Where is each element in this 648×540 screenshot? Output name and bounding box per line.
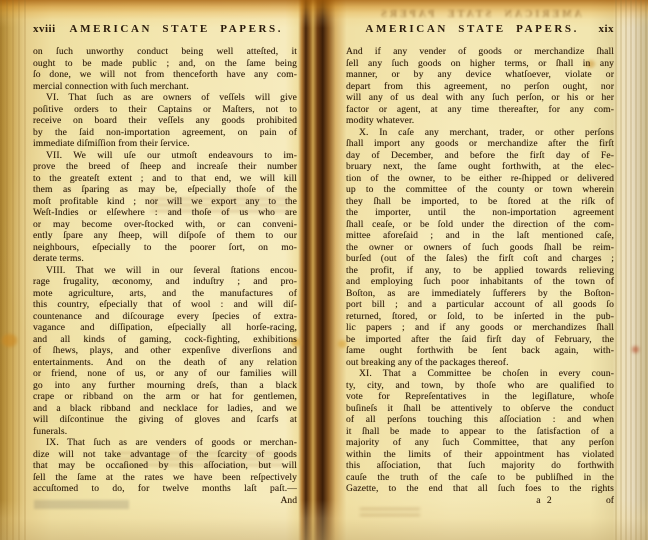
paragraph: X. In caſe any merchant, trader, or othe…: [346, 127, 614, 369]
text-line: mittee aforeſaid ; and in the laſt menti…: [346, 230, 614, 242]
text-line: will any of us deal with any ſuch perſon…: [346, 92, 614, 104]
text-line: it ſhall be made to appear to the ſatisf…: [346, 426, 614, 438]
text-line: will diſcontinue the giving of gloves an…: [33, 414, 297, 426]
text-line: vote for Repreſentatives in the legiſlat…: [346, 391, 614, 403]
text-line: this aſſociation, that ſuch majority do …: [346, 460, 614, 472]
text-line: tion of the owner, to be either re-ſhipp…: [346, 173, 614, 185]
signature-mark: a 2: [536, 495, 553, 507]
text-line: that may be occaſioned by this aſſociati…: [33, 460, 297, 472]
text-line: and employing ſuch poor inhabitants of t…: [346, 276, 614, 288]
text-line: on ſuch unworthy conduct being well atte…: [33, 46, 297, 58]
text-line: Weſt-Indies or elſewhere : and thoſe of …: [33, 207, 297, 219]
text-line: factor or agent, at any time thereafter,…: [346, 104, 614, 116]
left-page: xviii AMERICAN STATE PAPERS. on ſuch unw…: [33, 22, 297, 506]
left-page-header: xviii AMERICAN STATE PAPERS.: [33, 22, 297, 36]
paragraph: VII. We will uſe our utmoſt endeavours t…: [33, 150, 297, 265]
paragraph: IX. That ſuch as are venders of goods or…: [33, 437, 297, 495]
right-folio-number: xix: [598, 22, 614, 36]
right-page-header: AMERICAN STATE PAPERS. xix: [346, 22, 614, 36]
text-line: funerals.: [33, 426, 297, 438]
text-line: accuſtomed to do, for twelve months laſt…: [33, 483, 297, 495]
text-line: cauſe the truth of the caſe to be publiſ…: [346, 472, 614, 484]
left-page-edge: [0, 0, 30, 540]
text-line: poſitive orders to their Captains or Maſ…: [33, 104, 297, 116]
text-line: countenance and diſcourage every ſpecies…: [33, 311, 297, 323]
text-line: lic papers ; and if any goods or merchan…: [346, 322, 614, 334]
text-line: bruary next, the ſame ought forthwith, a…: [346, 161, 614, 173]
right-running-title: AMERICAN STATE PAPERS.: [346, 22, 598, 36]
text-line: within the limits of their appointment h…: [346, 449, 614, 461]
text-line: IX. That ſuch as are venders of goods or…: [33, 437, 297, 449]
text-line: prove the breed of ſheep and increaſe th…: [33, 161, 297, 173]
text-line: mercial connection with ſuch merchant.: [33, 81, 297, 93]
text-line: buſineſs it ſhall be attentively to obſe…: [346, 403, 614, 415]
text-line: go into any further mourning dreſs, than…: [33, 380, 297, 392]
text-line: receive on board their veſſels any goods…: [33, 115, 297, 127]
text-line: VIII. That we will in our ſeveral ſtatio…: [33, 265, 297, 277]
text-line: moſt profitable kind ; nor will we expor…: [33, 196, 297, 208]
text-line: to the greateſt extent ; and to that end…: [33, 173, 297, 185]
book-scan: AMERICAN STATE PAPERS xviii AMERICAN STA…: [0, 0, 648, 540]
text-line: and a black ribband and necklace for lad…: [33, 403, 297, 415]
text-line: ſhall import any goods or merchandize af…: [346, 138, 614, 150]
showthrough-text: AMERICAN STATE PAPERS: [346, 9, 614, 20]
right-page-fore-edge: [615, 0, 648, 540]
text-line: ſhall ceaſe, or be ſold under the direct…: [346, 219, 614, 231]
text-line: Gazette, to the end that all ſuch foes t…: [346, 483, 614, 495]
page-body: on ſuch unworthy conduct being well atte…: [33, 46, 297, 495]
text-line: X. In caſe any merchant, trader, or othe…: [346, 127, 614, 139]
text-line: mote agriculture, arts, and the manufact…: [33, 288, 297, 300]
text-line: manner, or by any device whatſoever, vio…: [346, 69, 614, 81]
text-line: and all kinds of gaming, cock-fighting, …: [33, 334, 297, 346]
text-line: of ſhews, plays, and other expenſive div…: [33, 345, 297, 357]
right-catchword: of: [606, 495, 614, 507]
text-line: ſame ought forthwith be ſent back again,…: [346, 345, 614, 357]
text-line: modity whatever.: [346, 115, 614, 127]
text-line: dize will not take advantage of the ſcar…: [33, 449, 297, 461]
text-line: port bill ; and a particular account of …: [346, 299, 614, 311]
text-line: entertainments. And on the death of any …: [33, 357, 297, 369]
text-line: majority of any ſuch Committee, that any…: [346, 437, 614, 449]
paragraph: XI. That a Committee be choſen in every …: [346, 368, 614, 495]
text-line: derate terms.: [33, 253, 297, 265]
paragraph: VI. That ſuch as are owners of veſſels w…: [33, 92, 297, 150]
text-line: of all perſons touching this aſſociation…: [346, 414, 614, 426]
text-line: vagance and diſſipation, eſpecially all …: [33, 322, 297, 334]
showthrough-smudge: [360, 508, 420, 517]
text-line: ſo done, we will not from thenceforth ha…: [33, 69, 297, 81]
text-line: out breaking any of the packages thereof…: [346, 357, 614, 369]
text-line: ſell any ſuch goods on higher terms, or …: [346, 58, 614, 70]
text-line: crape or ribband on the arm or hat for g…: [33, 391, 297, 403]
text-line: immediate diſmiſſion from their ſervice.: [33, 138, 297, 150]
text-line: this country, eſpecially that of wool : …: [33, 299, 297, 311]
text-line: XI. That a Committee be choſen in every …: [346, 368, 614, 380]
text-line: ought to be made public ; and, on the ſa…: [33, 58, 297, 70]
text-line: neighbours, eſpecially to the poorer ſor…: [33, 242, 297, 254]
foxing-spot: [2, 334, 17, 347]
page-body: And if any vender of goods or merchandiz…: [346, 46, 614, 495]
text-line: them as ſparing as may be, eſpecially th…: [33, 184, 297, 196]
text-line: the owner or owners of ſuch goods ſhall …: [346, 242, 614, 254]
foxing-spot: [632, 346, 639, 353]
paragraph: And if any vender of goods or merchandiz…: [346, 46, 614, 127]
signature-line: a 2 of: [346, 495, 614, 507]
text-line: the profit, if any, to be applied toward…: [346, 265, 614, 277]
text-line: Boſton, as are immediately ſufferers by …: [346, 288, 614, 300]
text-line: ſell the ſame at the rates we have been …: [33, 472, 297, 484]
text-line: day of December, and before the firſt da…: [346, 150, 614, 162]
text-line: or may become over-ſtocked with, or can …: [33, 219, 297, 231]
text-line: be imported after the ſaid firſt day of …: [346, 334, 614, 346]
text-line: VII. We will uſe our utmoſt endeavours t…: [33, 150, 297, 162]
text-line: And if any vender of goods or merchandiz…: [346, 46, 614, 58]
left-catchword: And: [33, 495, 297, 507]
text-line: returned, ſtored, or ſold, to be inſerte…: [346, 311, 614, 323]
right-page: AMERICAN STATE PAPERS. xix And if any ve…: [346, 22, 614, 506]
paragraph: VIII. That we will in our ſeveral ſtatio…: [33, 265, 297, 438]
text-line: the importer, until the non-importation …: [346, 207, 614, 219]
text-line: burſed (out of the ſales) the firſt coſt…: [346, 253, 614, 265]
paragraph: on ſuch unworthy conduct being well atte…: [33, 46, 297, 92]
text-line: ty, city, and town, by thoſe who are qua…: [346, 380, 614, 392]
text-line: they ſhall be imported, to be ſtored at …: [346, 196, 614, 208]
text-line: ently ſpare any ſheep, will diſpoſe of t…: [33, 230, 297, 242]
text-line: by the ſaid non-importation agreement, o…: [33, 127, 297, 139]
text-line: rage frugality, œconomy, and induſtry ; …: [33, 276, 297, 288]
left-folio-number: xviii: [33, 22, 56, 36]
text-line: depart from this agreement, no perſon ou…: [346, 81, 614, 93]
left-running-title: AMERICAN STATE PAPERS.: [56, 22, 297, 36]
text-line: or friend, none of us, or any of our fam…: [33, 368, 297, 380]
text-line: up to the committee of the county or tow…: [346, 184, 614, 196]
text-line: VI. That ſuch as are owners of veſſels w…: [33, 92, 297, 104]
